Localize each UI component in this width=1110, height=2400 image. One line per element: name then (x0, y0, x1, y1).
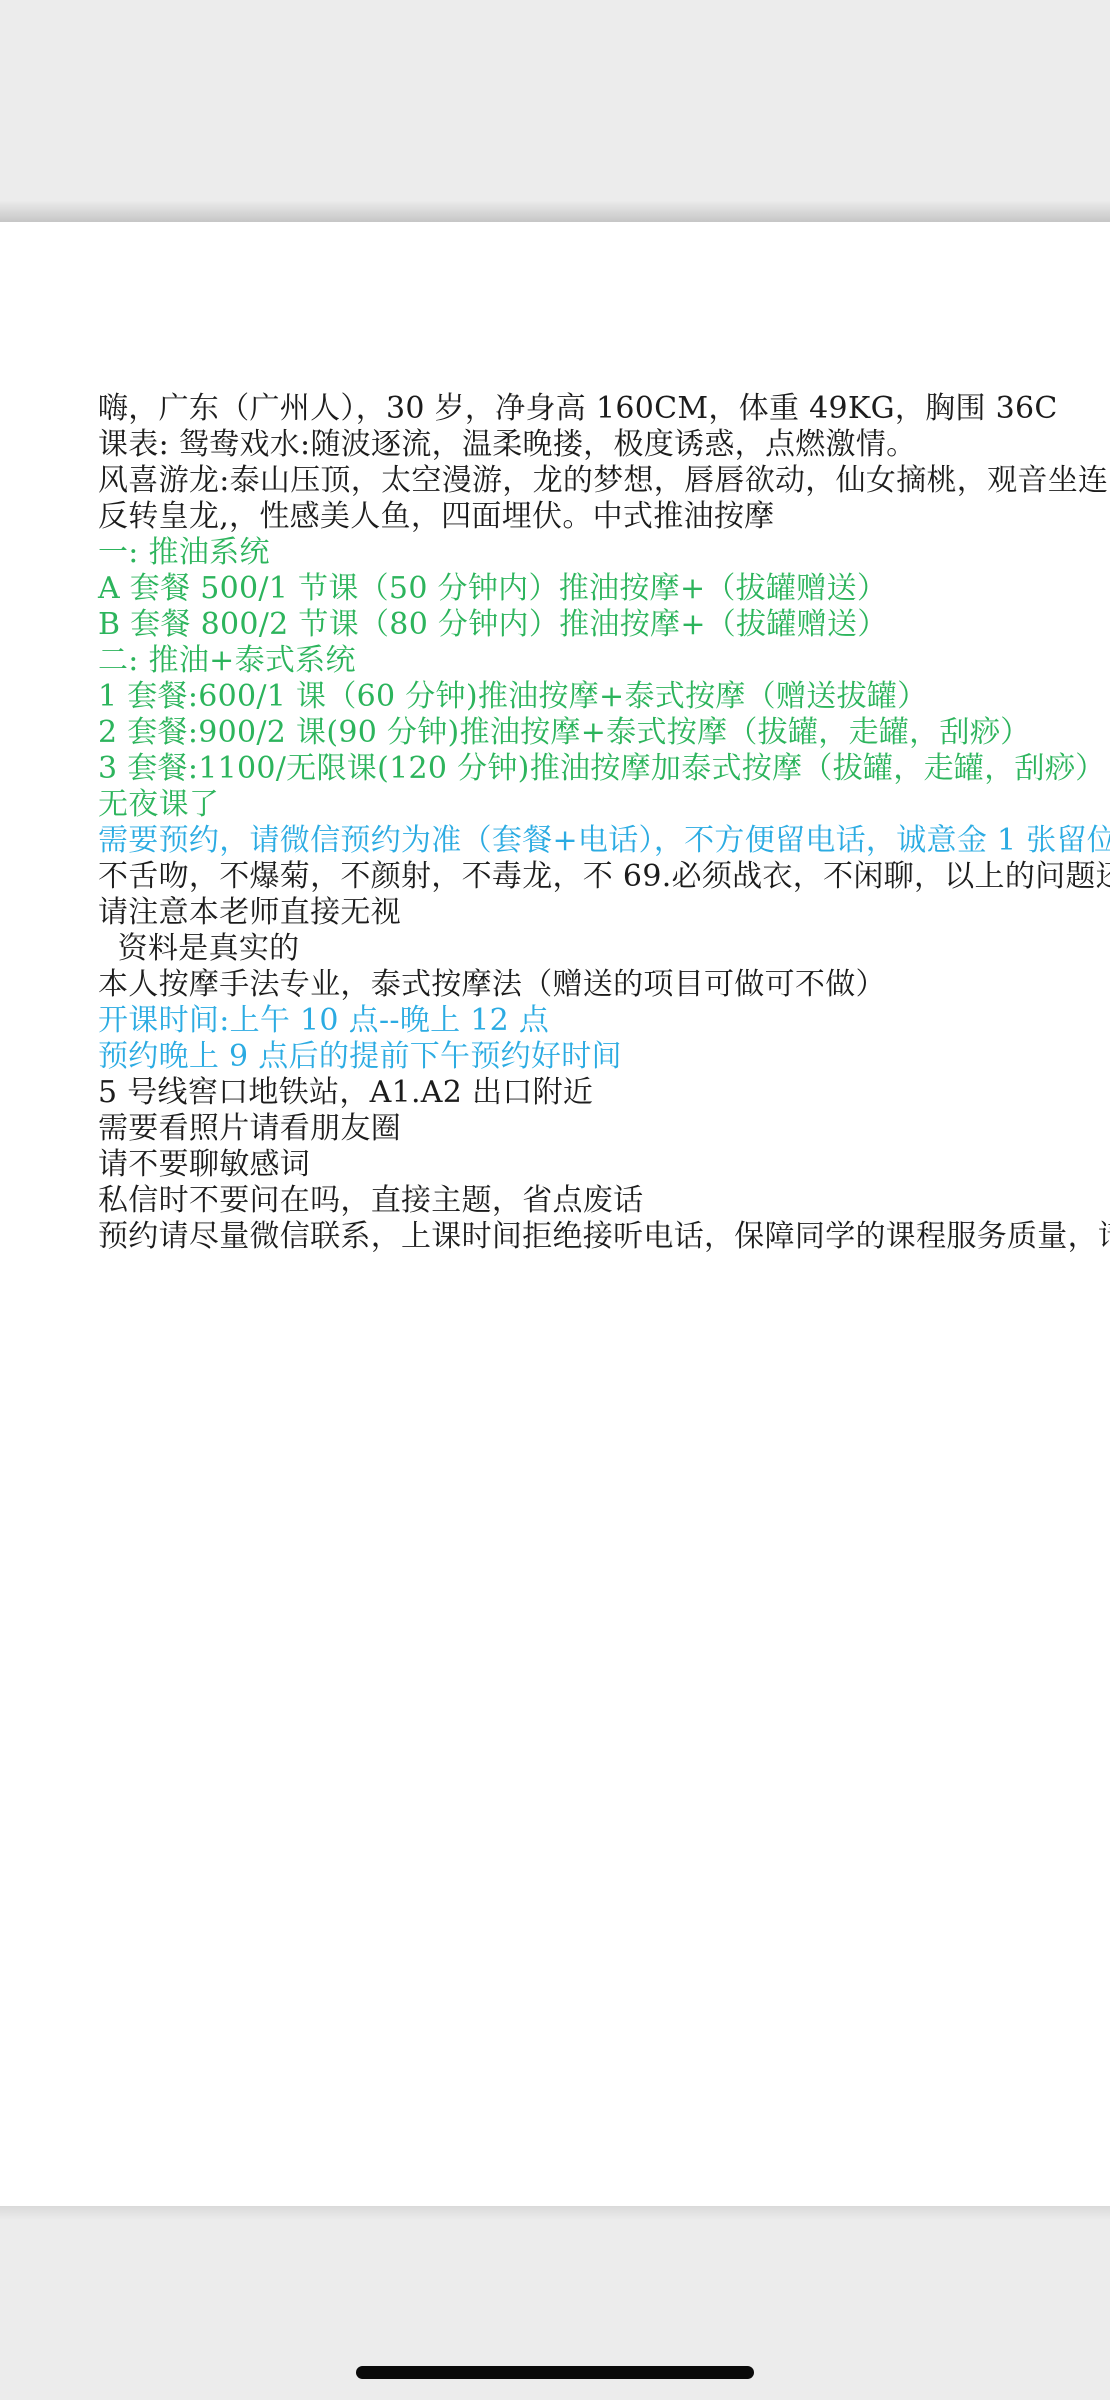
text-line: 预约请尽量微信联系，上课时间拒绝接听电话，保障同学的课程服务质量，请谅解，谢谢 (98, 1219, 1070, 1255)
text-line: 私信时不要问在吗，直接主题，省点废话 (98, 1183, 1070, 1219)
text-line: 3 套餐:1100/无限课(120 分钟)推油按摩加泰式按摩（拔罐，走罐，刮痧） (98, 751, 1070, 787)
text-line: 2 套餐:900/2 课(90 分钟)推油按摩+泰式按摩（拔罐，走罐，刮痧） (98, 715, 1070, 751)
text-line: 请注意本老师直接无视 (98, 895, 1070, 931)
text-line: 风喜游龙:泰山压顶，太空漫游，龙的梦想，唇唇欲动，仙女摘桃，观音坐连，一马平川， (98, 463, 1070, 499)
text-line: 请不要聊敏感词 (98, 1147, 1070, 1183)
viewer-background-top (0, 0, 1110, 222)
text-line: B 套餐 800/2 节课（80 分钟内）推油按摩+（拔罐赠送） (98, 607, 1070, 643)
text-line: 1 套餐:600/1 课（60 分钟)推油按摩+泰式按摩（赠送拔罐） (98, 679, 1070, 715)
document-page[interactable]: 嗨，广东（广州人），30 岁，净身高 160CM，体重 49KG，胸围 36C课… (0, 222, 1110, 2206)
text-line: 预约晚上 9 点后的提前下午预约好时间 (98, 1039, 1070, 1075)
text-line: 不舌吻，不爆菊，不颜射，不毒龙，不 69.必须战衣，不闲聊，以上的问题还在问的同… (98, 859, 1070, 895)
text-line: 需要预约，请微信预约为准（套餐+电话），不方便留电话，诚意金 1 张留位 (98, 823, 1070, 859)
text-line: 一: 推油系统 (98, 535, 1070, 571)
text-line: 课表: 鸳鸯戏水:随波逐流，温柔晚搂，极度诱惑，点燃激情。 (98, 427, 1070, 463)
text-line: 需要看照片请看朋友圈 (98, 1111, 1070, 1147)
text-line: 资料是真实的 (98, 931, 1070, 967)
text-line: 反转皇龙,，性感美人鱼，四面埋伏。中式推油按摩 (98, 499, 1070, 535)
text-line: 二: 推油+泰式系统 (98, 643, 1070, 679)
text-line: A 套餐 500/1 节课（50 分钟内）推油按摩+（拔罐赠送） (98, 571, 1070, 607)
text-line: 本人按摩手法专业，泰式按摩法（赠送的项目可做可不做） (98, 967, 1070, 1003)
home-indicator-bar[interactable] (356, 2366, 754, 2379)
text-line: 无夜课了 (98, 787, 1070, 823)
document-body: 嗨，广东（广州人），30 岁，净身高 160CM，体重 49KG，胸围 36C课… (98, 391, 1070, 1255)
text-line: 5 号线窖口地铁站，A1.A2 出口附近 (98, 1075, 1070, 1111)
text-line: 嗨，广东（广州人），30 岁，净身高 160CM，体重 49KG，胸围 36C (98, 391, 1070, 427)
phone-screen: 嗨，广东（广州人），30 岁，净身高 160CM，体重 49KG，胸围 36C课… (0, 0, 1110, 2400)
viewer-background-bottom (0, 2206, 1110, 2400)
text-line: 开课时间:上午 10 点--晚上 12 点 (98, 1003, 1070, 1039)
